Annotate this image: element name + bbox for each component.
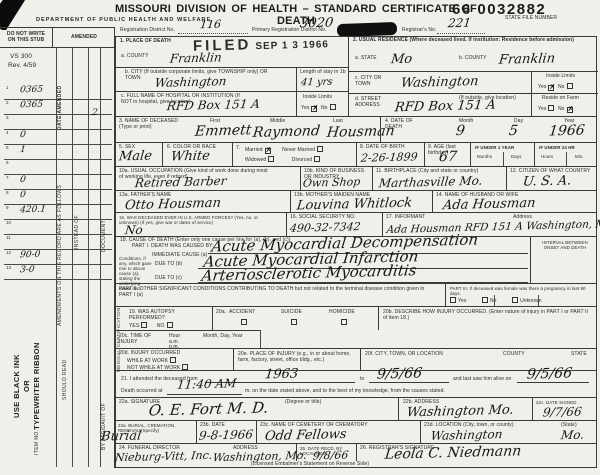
no-label: No (558, 106, 565, 112)
checkmark: ✗ (549, 85, 553, 89)
f4-label: 4. DATE OF DEATH (385, 119, 415, 131)
f1-city-value: Washington (154, 74, 227, 90)
yes-label: Yes (458, 298, 466, 304)
stub-line-no: 9 (6, 205, 9, 210)
f2-farm-cell: Reside on Farm Yes No✗ (531, 94, 598, 116)
widowed-label: Widowed (245, 157, 266, 163)
f16-value: 490-32-7342 (289, 220, 361, 235)
f1-label: 1. PLACE OF DEATH (120, 39, 171, 45)
f22a-cell: 22a. SIGNATURE (Degree or title) O. E. F… (115, 397, 398, 420)
stub-line-no: 6 (6, 160, 9, 165)
f13a-cell: 13a. FATHER'S NAME Otto Housman (115, 190, 290, 212)
pregnancy-no-checkbox (482, 297, 488, 303)
part3-cell: PART III. If deceased was female was the… (445, 283, 597, 306)
f21-from-value: 1963 (264, 367, 299, 383)
never-married-checkbox (317, 146, 323, 152)
stub-line-value: 0365 (19, 85, 43, 96)
f12-cell: 12. CITIZEN OF WHAT COUNTRY U. S. A. (506, 166, 597, 190)
stub-line-no: 1 (6, 85, 9, 90)
f26-cell: 26. REGISTRAR'S SIGNATURE Leola C. Niedm… (356, 443, 597, 461)
f20d-cell: 20d. INJURY OCCURRED WHILE AT WORK NOT W… (115, 348, 233, 370)
f25-cell: 25. DATE RECD. BY LOCAL REG. 9/8/66 (296, 443, 356, 461)
widowed-checkbox (268, 156, 274, 162)
stub-line-value: 0 (19, 175, 26, 185)
f1-county-label: a. COUNTY (121, 54, 149, 60)
f22b-cell: 22b. ADDRESS Washington Mo. (398, 397, 532, 420)
stub-line-no: 11 (6, 235, 11, 240)
f20e-label: 20e. PLACE OF INJURY (e.g., in or about … (238, 352, 356, 364)
f4-cell: 4. DATE OF DEATH Month Day Year 9 5 1966 (380, 116, 597, 142)
date-amended-label: DATE AMENDED (57, 55, 71, 160)
stub-line-no: 12 (6, 250, 11, 255)
f9-under1-cell: IF UNDER 1 YEAR Months Days (470, 142, 534, 166)
part3-label: PART III. If deceased was female was the… (450, 286, 594, 296)
f4-year-value: 1966 (548, 123, 586, 140)
yes-label: Yes (538, 84, 546, 90)
primary-reg-value: 3020 (299, 16, 334, 32)
f2-county-label: b. COUNTY (459, 56, 487, 62)
f2-state-county-row: a. STATE Mo b. COUNTY Franklin (349, 50, 598, 72)
f10b-cell: 10b. KIND OF BUSINESS OR INDUSTRY Own Sh… (300, 166, 372, 190)
f23b-cell: 23b. DATE 9-8-1966 (196, 420, 256, 443)
redaction-mark (337, 22, 397, 37)
f4-day-value: 5 (508, 123, 519, 139)
res-inside-no-checkbox (567, 83, 573, 89)
f15-cell: 15. WAS DECEASED EVER IN U.S. ARMED FORC… (115, 212, 286, 236)
f1-inside-label: Inside Limits (303, 95, 332, 101)
homicide-label: HOMICIDE (329, 310, 355, 316)
f19-label: 19. WAS AUTOPSY PERFORMED? (129, 310, 189, 322)
f21-alive-value: 9/5/66 (526, 365, 573, 382)
stub-rule (88, 47, 89, 467)
registrar-no-label: Registrar's No. (402, 28, 436, 34)
while-at-work-checkbox (170, 357, 176, 363)
document-label: DOCUMENT (101, 205, 113, 267)
suicide-label: SUICIDE (281, 310, 302, 316)
part2-cell: PART II. OTHER SIGNIFICANT CONDITIONS CO… (115, 283, 445, 306)
f8-cell: 8. DATE OF BIRTH 2-26-1899 (356, 142, 424, 166)
stub-line-value: 1 (19, 145, 26, 155)
f7-label: 7. (236, 146, 240, 152)
divorced-label: Divorced (292, 157, 313, 163)
ink-line3: TYPEWRITER RIBBON (32, 330, 42, 442)
f5-value: Male (118, 149, 153, 165)
pregnancy-unknown-checkbox (512, 297, 518, 303)
use-black-ink-label: USE BLACK INK OR TYPEWRITER RIBBON (12, 330, 48, 442)
stub-line-no: 8 (6, 190, 9, 195)
f2-inside-boxes: Yes✗ No (538, 83, 575, 91)
f9-under24-cell: IF UNDER 24 HR Hours Min. (534, 142, 597, 166)
under1-label: IF UNDER 1 YEAR (475, 145, 514, 150)
f11-cell: 11. BIRTHPLACE (City and state or countr… (372, 166, 506, 190)
no-label: NO (157, 323, 165, 329)
f20c-label: 20c. TIME OF INJURY (119, 334, 165, 346)
yes-label: YES (129, 323, 139, 329)
f4-month-value: 9 (455, 123, 466, 139)
f1-county-cell: a. COUNTY Franklin (115, 50, 348, 68)
inside-limits-yes-checkbox: ✗ (311, 106, 317, 112)
f21-cell: 21. I attended the deceased from 1963 to… (115, 370, 597, 397)
f23c-cell: 23c. NAME OF CEMETERY OR CREMATORY Odd F… (256, 420, 420, 443)
f18-part1-label: PART I. DEATH WAS CAUSED BY: (132, 244, 214, 250)
f21-to-value: 9/5/66 (376, 365, 423, 382)
f3-middle-value: Raymond (252, 123, 321, 141)
reg-district-label: Registration District No. (120, 28, 175, 34)
f10b-value: Own Shop (302, 175, 361, 189)
f2-city-value: Washington (400, 74, 479, 91)
accident-label: ACCIDENT (229, 310, 255, 316)
f2-inside-cell: Inside Limits Yes✗ No (531, 72, 598, 94)
ink-line1: USE BLACK INK (12, 330, 22, 442)
f2-inside-label: Inside Limits (546, 74, 575, 80)
f20b-label: 20b. DESCRIBE HOW INJURY OCCURRED. (Ente… (383, 310, 593, 322)
inside-limits-no-checkbox (330, 104, 336, 110)
f19-boxes: YES NO (129, 322, 175, 330)
f10a-cell: 10a. USUAL OCCUPATION (Give kind of work… (115, 166, 300, 190)
f6-cell: 6. COLOR OR RACE White (162, 142, 232, 166)
f2-street-row: d. STREET ADDRESS (If outside, give loca… (349, 94, 531, 116)
f1-stay-cell: Length of stay in 1b 41 yrs (296, 68, 348, 92)
stub-line-no: 2 (6, 100, 9, 105)
f20f-state-label: STATE (571, 352, 587, 358)
due-c-label: DUE TO (c) (155, 276, 182, 282)
f22b-value: Washington Mo. (406, 403, 515, 421)
f1-city-cell: b. CITY (If outside corporate limits, gi… (115, 68, 296, 92)
registrar-no-value: 221 (447, 16, 472, 31)
stub-line-no: 13 (6, 265, 11, 270)
stub-form-no: VS 300 (10, 53, 32, 60)
f2-block: 2. USUAL RESIDENCE (Where deceased lived… (348, 36, 597, 116)
due-b-label: DUE TO (b) (155, 262, 182, 268)
f13b-value: Louvina Whitlock (296, 195, 413, 213)
mdy-label: Month, Day, Year (203, 334, 243, 340)
by-affidavit-label: BY AFFIDAVIT OF (101, 390, 113, 462)
f20d-label: 20d. INJURY OCCURRED (119, 351, 180, 357)
yes-label: Yes (301, 105, 309, 111)
f23a-cell: 23a. BURIAL, CREMATION, REMOVAL (Specify… (115, 420, 196, 443)
f20b-cell: 20b. DESCRIBE HOW INJURY OCCURRED. (Ente… (378, 306, 597, 330)
stub-rev: Rev. 4/59 (8, 62, 36, 69)
divider (503, 152, 504, 167)
f2-city-label: c. CITY OR TOWN (355, 76, 385, 88)
embalmer-note: (Licensed Embalmer's Statement on Revers… (200, 462, 420, 468)
married-checkbox: ✗ (265, 148, 271, 154)
f24-cell: 24. FUNERAL DIRECTOR ADDRESS Nieburg-Vit… (115, 443, 296, 461)
months-label: Months (477, 154, 492, 159)
days-label: Days (511, 154, 521, 159)
f22c-value: 9/7/66 (542, 404, 582, 419)
f21-mid2: and last saw him alive on (453, 377, 511, 383)
death-certificate-scan: MISSOURI DIVISION OF HEALTH – STANDARD C… (0, 0, 600, 475)
divider (566, 152, 567, 167)
f2-farm-label: Reside on Farm (542, 96, 579, 102)
f13a-value: Otto Housman (124, 196, 222, 214)
f21-line2a: Death occurred at (121, 389, 162, 395)
f1-inside-cell: Inside Limits Yes✗ No (296, 92, 348, 116)
f20f-label: 20f. CITY, TOWN, OR LOCATION (365, 352, 443, 358)
f3-cell: 3. NAME OF DECEASED (Type or print) Firs… (115, 116, 380, 142)
stub-line-no: 3 (6, 115, 9, 120)
stub-stray-mark: 2 (91, 108, 98, 118)
autopsy-yes-checkbox (141, 322, 147, 328)
farm-no-checkbox: ✗ (567, 107, 573, 113)
res-inside-yes-checkbox: ✗ (548, 85, 554, 91)
state-file-number-label: STATE FILE NUMBER (505, 16, 557, 22)
f2-street-label: d. STREET ADDRESS (355, 97, 389, 109)
f12-value: U. S. A. (522, 173, 572, 189)
f10a-value: Retired Barber (134, 174, 227, 190)
farm-yes-checkbox (548, 105, 554, 111)
f2-city-row: c. CITY OR TOWN Washington (349, 72, 531, 94)
f21-mid: to (360, 377, 364, 383)
f9-value: 67 (438, 149, 458, 165)
amendments-label: AMENDMENTS ON THIS RECORD ARE AS FOLLOWS (57, 165, 70, 345)
f7-row1: Married✗ Never Married (245, 146, 325, 154)
f22c-cell: 22c. DATE SIGNED 9/7/66 (532, 397, 597, 420)
stub-line-no: 4 (6, 130, 9, 135)
f14-cell: 14. NAME OF HUSBAND OR WIFE Ada Housman (432, 190, 597, 212)
f23b-value: 9-8-1966 (198, 427, 254, 442)
stub-line-value: 0 (19, 190, 26, 200)
stub-line-value: 420.1 (19, 205, 46, 216)
f8-value: 2-26-1899 (360, 150, 418, 164)
f17-label: 17. INFORMANT (386, 215, 425, 221)
never-married-label: Never Married (282, 147, 315, 153)
f20f-county-label: COUNTY (503, 352, 525, 358)
checkmark: ✗ (312, 106, 316, 110)
f9-cell: 9. AGE (last birthday) 67 (424, 142, 470, 166)
divorced-checkbox (314, 156, 320, 162)
registrar-signature: Leola C. Niedmann (384, 443, 522, 463)
f6-value: White (170, 148, 211, 164)
stub-line-no: 10 (6, 220, 11, 225)
f13b-cell: 13b. MOTHER'S MAIDEN NAME Louvina Whitlo… (290, 190, 432, 212)
f2-state-value: Mo (390, 52, 413, 68)
interval-label: INTERVAL BETWEEN ONSET AND DEATH (539, 240, 591, 250)
stub-line-value: 0 (19, 130, 26, 140)
f23d-cell: 23d. LOCATION (City, town, or county) (S… (420, 420, 597, 443)
instead-of-label: INSTEAD OF (74, 200, 86, 264)
amended-label: AMENDED (57, 35, 111, 41)
no-label: No (558, 84, 565, 90)
f1-stay-label: Length of stay in 1b (300, 70, 346, 76)
stub-line-value: 0365 (19, 100, 43, 111)
stub-line-value: 90-0 (19, 250, 40, 261)
ink-line2: OR (22, 330, 32, 442)
f21-line2b: m. on the date stated above, and to the … (245, 389, 445, 395)
f1-hosp-value: RFD Box 151 A (166, 97, 261, 113)
f2-state-label: a. STATE (355, 56, 377, 62)
hours-label: Hours (541, 154, 553, 159)
f5-cell: 5. SEX Male (115, 142, 162, 166)
f3-first-value: Emmett (194, 122, 252, 139)
autopsy-no-checkbox (167, 322, 173, 328)
f7-cell: 7. Married✗ Never Married Widowed Divorc… (232, 142, 356, 166)
f23d-state-value: Mo. (560, 428, 585, 443)
under24-label: IF UNDER 24 HR (539, 145, 575, 150)
suicide-checkbox (291, 319, 297, 325)
f23c-value: Odd Fellows (264, 427, 347, 444)
f23d-value: Washington (430, 427, 503, 443)
no-label: No (321, 105, 328, 111)
pen-scribble (0, 0, 42, 30)
f21-time-value: 11:40 AM (176, 376, 237, 392)
part3-boxes: Yes No Unknown (448, 297, 596, 305)
part2-label: PART II. OTHER SIGNIFICANT CONDITIONS CO… (119, 287, 429, 299)
f1-inside-yes: Yes✗ No (301, 104, 338, 112)
f7-row2: Widowed Divorced (245, 156, 322, 164)
do-not-write-box: DO NOT WRITE ON THIS STUB (0, 27, 53, 48)
reg-district-value: 116 (199, 18, 222, 32)
min-label: Min. (575, 154, 584, 159)
amended-box: AMENDED (52, 27, 115, 48)
checkmark: ✗ (568, 107, 572, 111)
checkmark: ✗ (266, 148, 270, 152)
f1-hosp-cell: c. FULL NAME OF HOSPITAL OR INSTITUTION … (115, 92, 296, 116)
f2-county-value: Franklin (498, 51, 556, 67)
f14-value: Ada Housman (442, 196, 536, 213)
do-not-write-label: DO NOT WRITE ON THIS STUB (4, 32, 48, 44)
divider (260, 330, 261, 348)
f2-farm-boxes: Yes No✗ (538, 105, 575, 113)
stub-line-no: 7 (6, 175, 9, 180)
should-read-label: SHOULD READ (62, 350, 74, 410)
physician-signature: O. E. Fort M. D. (148, 398, 270, 419)
f3-label: 3. NAME OF DECEASED (Type or print) (119, 119, 179, 131)
homicide-checkbox (341, 319, 347, 325)
stub-line-no: 5 (6, 145, 9, 150)
pregnancy-yes-checkbox (450, 297, 456, 303)
f2-label: 2. USUAL RESIDENCE (Where deceased lived… (353, 38, 593, 44)
f16-cell: 16. SOCIAL SECURITY NO. 490-32-7342 (286, 212, 382, 236)
accident-checkbox (241, 319, 247, 325)
married-label: Married (245, 147, 263, 153)
f20a-label: 20a. (216, 310, 226, 316)
f20a-cell: 20a. ACCIDENT SUICIDE HOMICIDE (212, 306, 378, 330)
f1-county-value: Franklin (169, 50, 222, 65)
f19-cell: 19. WAS AUTOPSY PERFORMED? YES NO (115, 306, 212, 330)
f2-street-value: RFD Box 151 A (394, 98, 497, 116)
f24-value: Nieburg-Vitt, Inc. (114, 449, 213, 465)
degree-label: (Degree or title) (285, 400, 321, 406)
f1-stay-value: 41 yrs (300, 77, 333, 89)
stub-line-value: 3-0 (19, 265, 35, 275)
f18-interval-cell: INTERVAL BETWEEN ONSET AND DEATH (530, 236, 597, 283)
f20c-cell: 20c. TIME OF INJURY Hour a.m. p.m. Month… (115, 330, 260, 348)
f11-value: Marthasville Mo. (378, 174, 483, 191)
yes-label: Yes (538, 106, 546, 112)
